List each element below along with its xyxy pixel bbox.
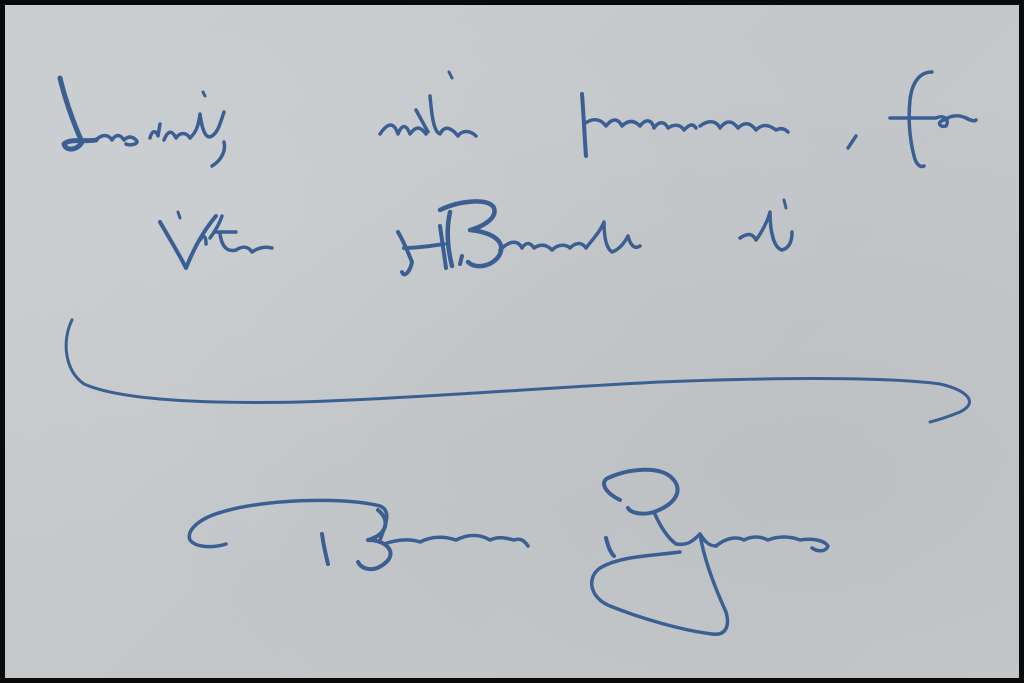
inscription-line-2 (160, 200, 792, 274)
inscription-line-1 (60, 72, 976, 167)
underline-flourish (66, 320, 969, 422)
signature-bruce-rogers (189, 470, 828, 635)
photo-frame: Inscribed, with pleasure, for Victor H. … (0, 0, 1024, 683)
handwriting-ink (0, 0, 1024, 683)
